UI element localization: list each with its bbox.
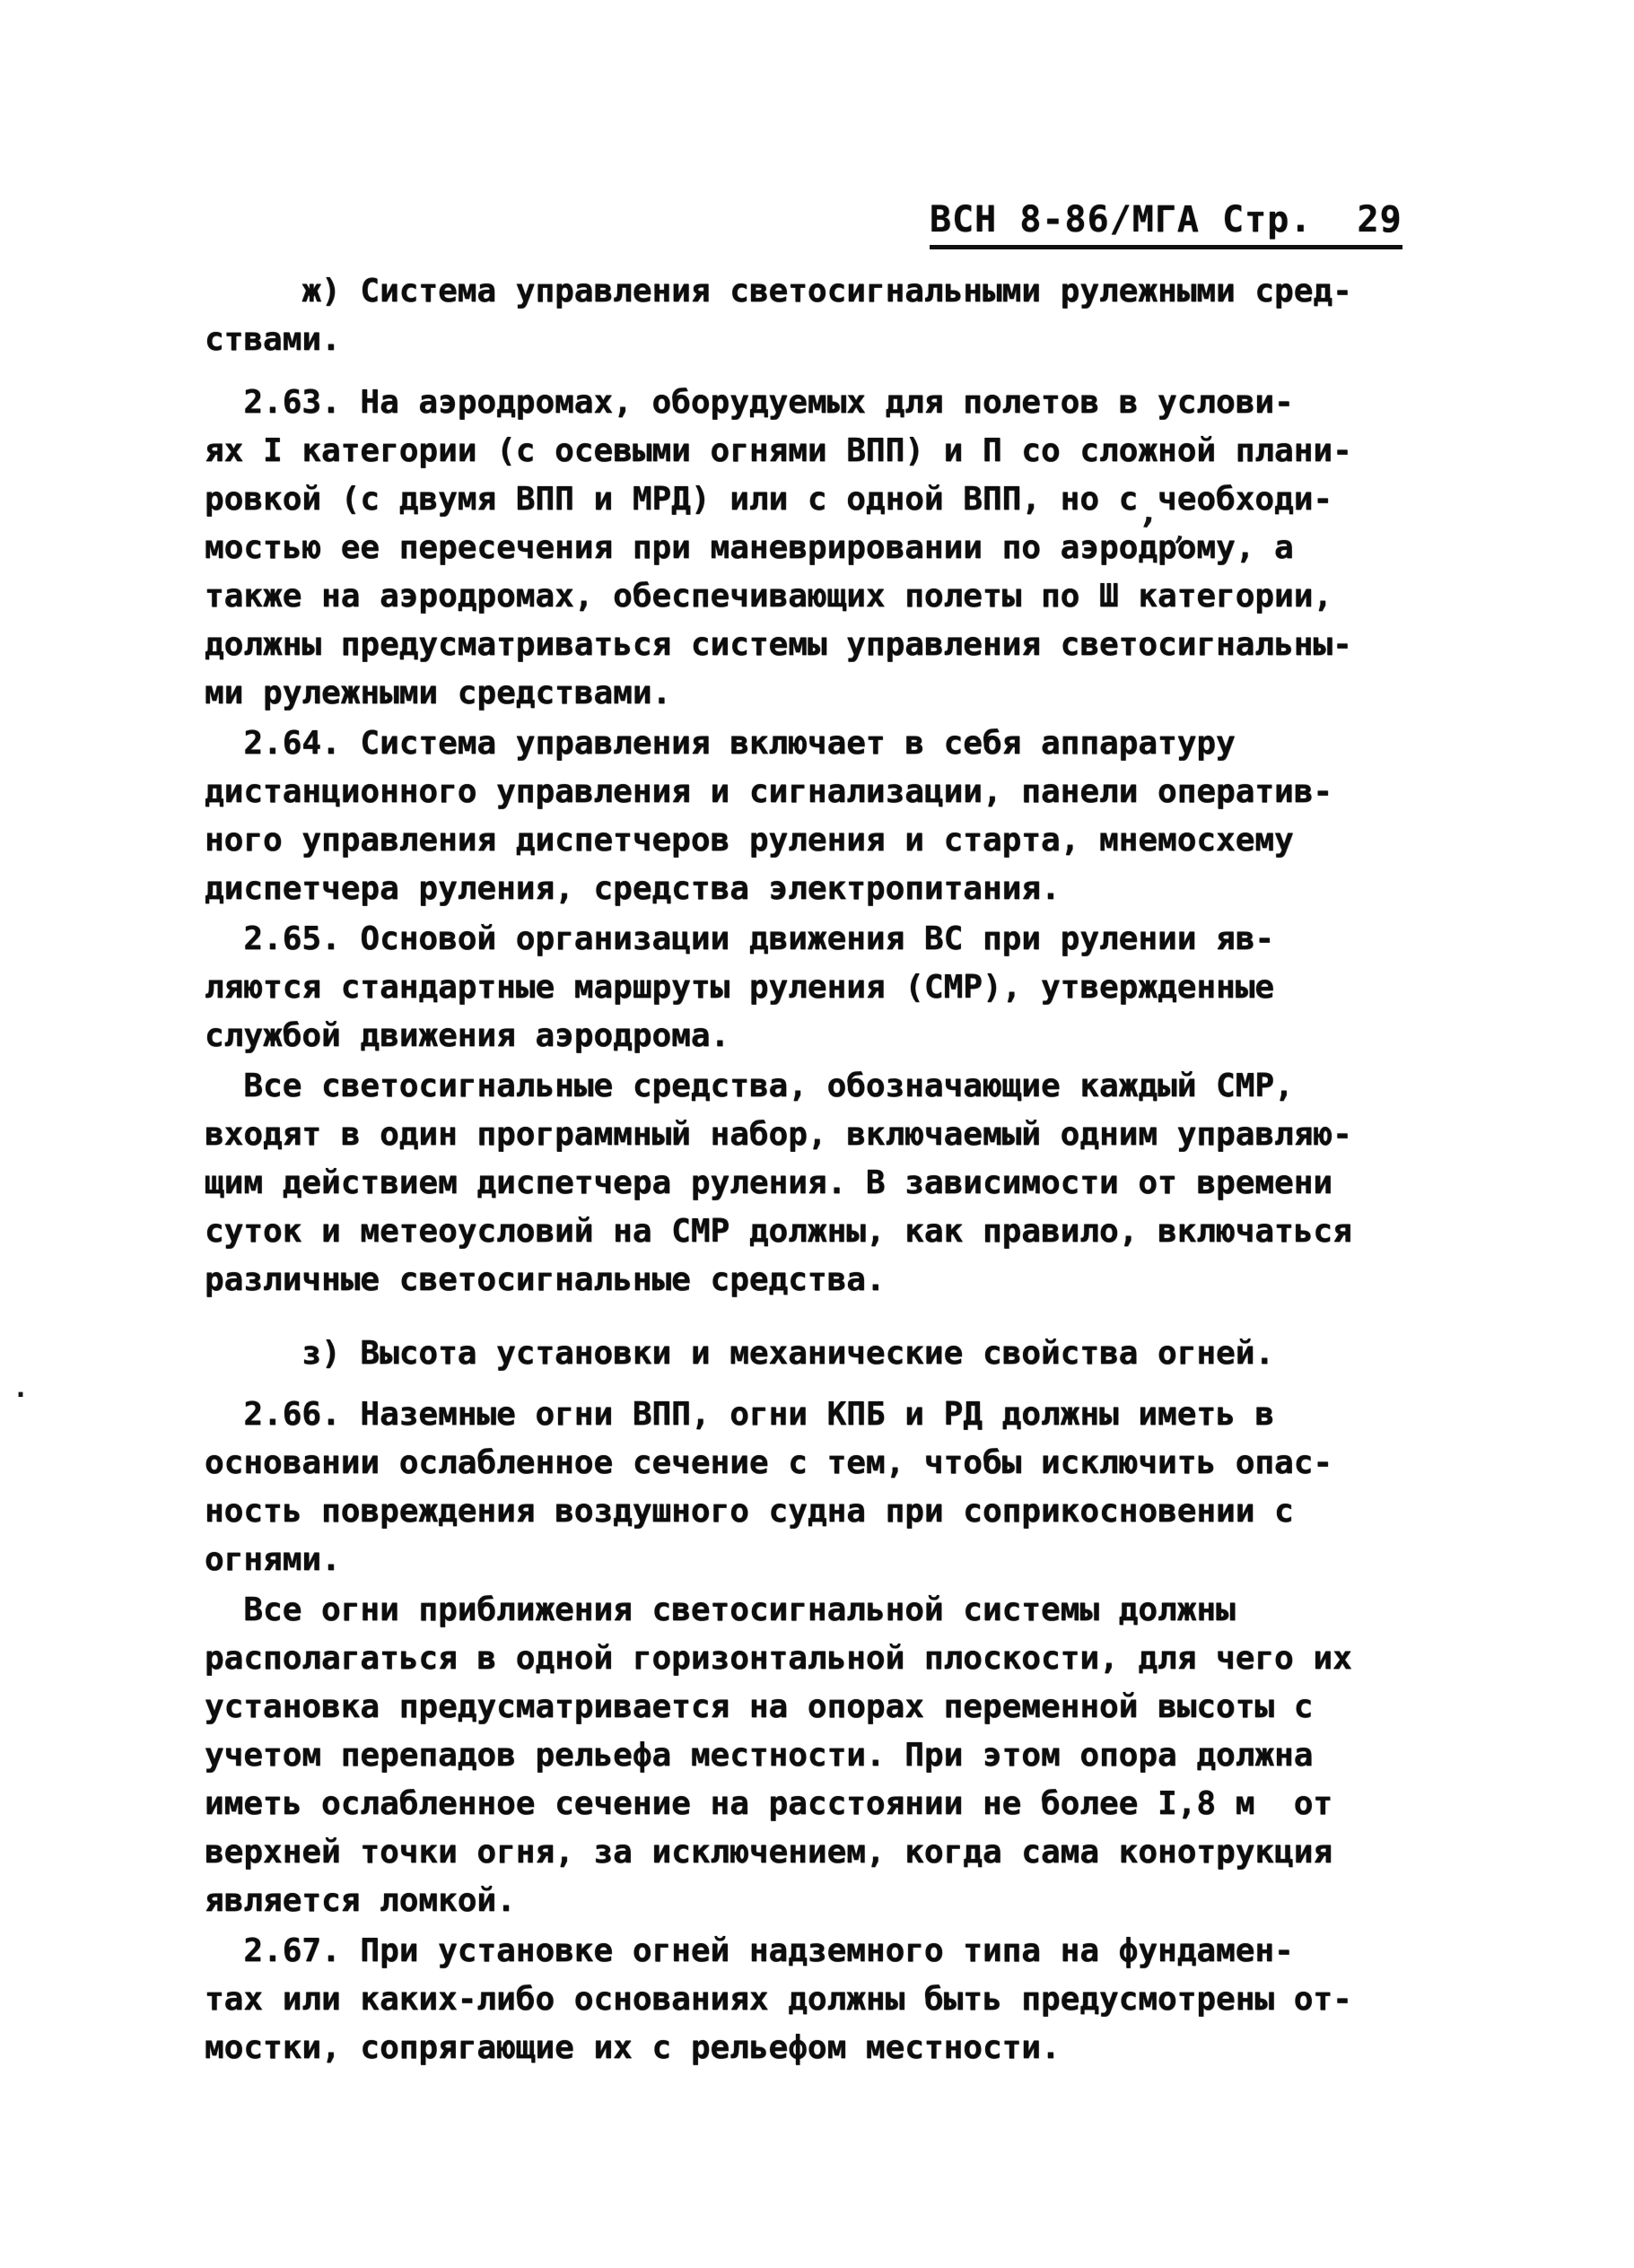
text-line: ж) Система управления светосигнальными р… (205, 267, 1389, 316)
text-line: 2.63. На аэродромах, оборудуемых для пол… (205, 379, 1389, 427)
text-line: входят в один программный набор, включае… (205, 1111, 1389, 1159)
text-line: огнями. (205, 1536, 1389, 1584)
text-line: ях I категории (с осевыми огнями ВПП) и … (205, 427, 1389, 475)
paragraph: 2.65. Основой организации движения ВС пр… (205, 915, 1389, 1060)
paragraph: Все светосигнальные средства, обозначающ… (205, 1062, 1389, 1304)
paragraph: з) Высота установки и механические свойс… (205, 1330, 1389, 1378)
text-line: ствами. (205, 316, 1389, 364)
paragraph: 2.64. Система управления включает в себя… (205, 720, 1389, 913)
text-line: диспетчера руления, средства электропита… (205, 865, 1389, 913)
text-line: 2.67. При установке огней надземного тип… (205, 1927, 1389, 1976)
text-line: мостки, сопрягающие их с рельефом местно… (205, 2024, 1389, 2072)
text-line: различные светосигнальные средства. (205, 1256, 1389, 1304)
text-line: иметь ослабленное сечение на расстоянии … (205, 1780, 1389, 1828)
paragraph: 2.66. Наземные огни ВПП, огни КПБ и РД д… (205, 1391, 1389, 1584)
text-line: является ломкой. (205, 1877, 1389, 1925)
document-text-block: ж) Система управления светосигнальными р… (205, 267, 1389, 2072)
paragraph: 2.63. На аэродромах, оборудуемых для пол… (205, 379, 1389, 718)
paragraph: ж) Система управления светосигнальными р… (205, 267, 1389, 364)
text-line: ми рулежными средствами. (205, 669, 1389, 718)
text-line: Все огни приближения светосигнальной сис… (205, 1586, 1389, 1635)
text-line: щим действием диспетчера руления. В зави… (205, 1159, 1389, 1208)
text-line: Все светосигнальные средства, обозначающ… (205, 1062, 1389, 1111)
text-line: суток и метеоусловий на СМР должны, как … (205, 1208, 1389, 1256)
text-line: ляются стандартные маршруты руления (СМР… (205, 964, 1389, 1012)
text-line: мостью ее пересечения при маневрировании… (205, 524, 1389, 572)
margin-ink-dot-mark: · (13, 1380, 29, 1411)
text-line: учетом перепадов рельефа местности. При … (205, 1732, 1389, 1780)
text-line: ность повреждения воздушного судна при с… (205, 1487, 1389, 1536)
document-page: ВСН 8-86/МГА Стр. 29 ж) Система управлен… (0, 0, 1634, 2268)
text-line: также на аэродромах, обеспечивающих поле… (205, 572, 1389, 621)
text-line: располагаться в одной горизонтальной пло… (205, 1635, 1389, 1683)
paragraph: 2.67. При установке огней надземного тип… (205, 1927, 1389, 2072)
text-line: ровкой (с двумя ВПП и МРД) или с одной В… (205, 475, 1389, 524)
text-line: должны предусматриваться системы управле… (205, 621, 1389, 669)
text-line: ного управления диспетчеров руления и ст… (205, 816, 1389, 865)
paragraph: Все огни приближения светосигнальной сис… (205, 1586, 1389, 1925)
text-line: основании ослабленное сечение с тем, что… (205, 1439, 1389, 1487)
text-line: тах или каких-либо основаниях должны быт… (205, 1976, 1389, 2024)
text-line: дистанционного управления и сигнализации… (205, 768, 1389, 816)
text-line: з) Высота установки и механические свойс… (205, 1330, 1389, 1378)
text-line: службой движения аэродрома. (205, 1012, 1389, 1060)
text-line: верхней точки огня, за исключением, когд… (205, 1828, 1389, 1877)
page-header-reference: ВСН 8-86/МГА Стр. 29 (930, 199, 1402, 249)
text-line: 2.66. Наземные огни ВПП, огни КПБ и РД д… (205, 1391, 1389, 1439)
text-line: установка предусматривается на опорах пе… (205, 1683, 1389, 1732)
text-line: 2.65. Основой организации движения ВС пр… (205, 915, 1389, 964)
text-line: 2.64. Система управления включает в себя… (205, 720, 1389, 768)
